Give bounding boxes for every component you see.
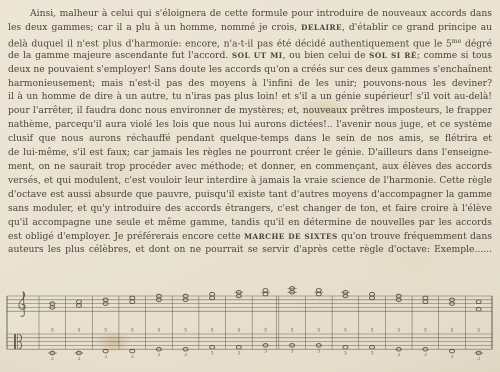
text-segment-sc: DELAIRE xyxy=(301,23,342,32)
figured-bass-below: 3 xyxy=(344,351,347,356)
text-segment: pour l'arrêter, il faudra donc nous envi… xyxy=(8,105,492,118)
text-line-13: versés, et qui modulent, c'est vouloir l… xyxy=(8,174,492,188)
text-segment: Ainsi, malheur à celui qui s'éloignera d… xyxy=(30,8,492,19)
chord-notehead xyxy=(210,292,215,296)
text-segment: les deux gammes; car il a plu à un homme… xyxy=(8,22,301,33)
text-line-17: est obligé d'employer. Je préférerais en… xyxy=(8,230,492,244)
figured-bass-above: 5 xyxy=(317,328,320,333)
bass-notehead xyxy=(236,346,241,350)
figured-bass-below: 3 xyxy=(78,357,81,362)
text-line-4: de la gamme majeure ascendante fut l'acc… xyxy=(8,49,492,63)
chord-notehead xyxy=(423,300,428,304)
paragraph: Ainsi, malheur à celui qui s'éloignera d… xyxy=(8,7,492,257)
text-line-1: Ainsi, malheur à celui qui s'éloignera d… xyxy=(8,7,492,21)
chord-notehead xyxy=(476,300,481,304)
text-segment: qu'il accompagne une seule et même gamme… xyxy=(8,217,492,230)
figured-bass-below: 3 xyxy=(397,353,400,358)
text-line-15: sans moduler, et qu'y introduire des acc… xyxy=(8,202,492,216)
text-segment: ment, on ne saurait trop procéder avec m… xyxy=(8,161,492,174)
figured-bass-above: 5 xyxy=(344,328,347,333)
figured-bass-above: 5 xyxy=(184,328,187,333)
chord-notehead xyxy=(210,296,215,300)
text-line-11: de lui-même, s'il est faux; car jamais l… xyxy=(8,146,492,160)
text-segment: est obligé d'employer. Je préférerais en… xyxy=(8,231,244,242)
figured-bass-above: 5 xyxy=(371,328,374,333)
text-segment: sans moduler, et qu'y introduire des acc… xyxy=(8,203,492,214)
text-segment: deux ne pouvaient s'employer! Sans doute… xyxy=(8,64,492,75)
text-line-14: d'octave est aussi absurde que pauvre, p… xyxy=(8,188,492,202)
text-segment: , d'établir ce grand principe au xyxy=(342,22,492,33)
figured-bass-above: 5 xyxy=(78,328,81,333)
text-line-7: il à un homme de dire à un autre, tu n'i… xyxy=(8,90,492,104)
text-line-5: deux ne pouvaient s'employer! Sans doute… xyxy=(8,63,492,77)
chord-notehead xyxy=(316,292,321,296)
bass-notehead xyxy=(370,346,375,350)
figured-bass-below: 3 xyxy=(158,353,161,358)
chord-notehead xyxy=(476,308,481,312)
bass-notehead xyxy=(450,349,455,353)
chord-notehead xyxy=(76,300,81,304)
text-line-3: delà duquel il n'est plus d'harmonie: en… xyxy=(8,35,492,49)
chord-notehead xyxy=(263,292,268,296)
chord-notehead xyxy=(130,300,135,304)
text-segment: harmonieusement; mais n'est-il pas des m… xyxy=(8,78,492,91)
bass-notehead xyxy=(210,346,215,350)
text-line-6: harmonieusement; mais n'est-il pas des m… xyxy=(8,77,492,91)
figured-bass-above: 5 xyxy=(477,328,480,333)
figured-bass-above: 5 xyxy=(211,328,214,333)
text-segment: de lui-même, s'il est faux; car jamais l… xyxy=(8,147,492,158)
figured-bass-below: 3 xyxy=(317,349,320,354)
text-segment: il à un homme de dire à un autre, tu n'i… xyxy=(8,91,492,102)
chord-notehead xyxy=(423,296,428,300)
figured-bass-below: 3 xyxy=(211,351,214,356)
text-segment: clusif que nous aurons réchauffé pendant… xyxy=(8,133,492,146)
bass-notehead xyxy=(103,349,108,353)
text-segment: versés, et qui modulent, c'est vouloir l… xyxy=(8,175,492,186)
figured-bass-below: 3 xyxy=(371,351,374,356)
figured-bass-above: 5 xyxy=(158,328,161,333)
figured-bass-below: 3 xyxy=(237,351,240,356)
chord-notehead xyxy=(370,296,375,300)
chord-notehead xyxy=(316,289,321,293)
text-segment-sc: MARCHE DE SIXTES xyxy=(244,232,338,241)
figured-bass-above: 5 xyxy=(237,328,240,333)
figured-bass-below: 3 xyxy=(104,355,107,360)
text-line-2: les deux gammes; car il a plu à un homme… xyxy=(8,21,492,35)
text-line-9: nathème, parcequ'il aura violé les lois … xyxy=(8,118,492,132)
chord-notehead xyxy=(370,292,375,296)
text-segment: de la gamme majeure ascendante fut l'acc… xyxy=(8,50,232,61)
figured-bass-above: 5 xyxy=(51,328,54,333)
figured-bass-above: 5 xyxy=(131,328,134,333)
chord-notehead xyxy=(76,304,81,308)
text-segment: delà duquel il n'est plus d'harmonie: en… xyxy=(8,38,452,48)
figured-bass-below: 3 xyxy=(131,355,134,360)
text-line-18: auteurs les plus célèbres, et dont on ne… xyxy=(8,243,492,257)
text-line-10: clusif que nous aurons réchauffé pendant… xyxy=(8,132,492,146)
figured-bass-below: 3 xyxy=(424,353,427,358)
text-line-8: pour l'arrêter, il faudra donc nous envi… xyxy=(8,104,492,118)
text-segment-sup: me xyxy=(452,38,462,45)
bass-notehead xyxy=(130,349,135,353)
figured-bass-below: 3 xyxy=(184,353,187,358)
figured-bass-below: 3 xyxy=(291,349,294,354)
text-segment: , ou bien celui de xyxy=(283,50,370,61)
book-page: Ainsi, malheur à celui qui s'éloignera d… xyxy=(0,0,500,372)
figured-bass-below: 3 xyxy=(477,357,480,362)
text-line-12: ment, on ne saurait trop procéder avec m… xyxy=(8,160,492,174)
figured-bass-below: 3 xyxy=(451,355,454,360)
figured-bass-above: 5 xyxy=(104,328,107,333)
figured-bass-above: 5 xyxy=(424,328,427,333)
music-example-staves: 5353535353535353535353535353535353 xyxy=(5,286,495,368)
text-segment: nathème, parcequ'il aura violé les lois … xyxy=(8,119,492,132)
text-segment: dégré xyxy=(461,38,492,48)
text-segment-sc: SOL UT MI xyxy=(232,51,283,60)
chord-notehead xyxy=(130,296,135,300)
figured-bass-below: 3 xyxy=(51,357,54,362)
text-segment-sc: SOL SI RÉ xyxy=(369,51,417,60)
alto-clef-icon xyxy=(14,334,16,349)
figured-bass-above: 5 xyxy=(397,328,400,333)
text-segment: d'octave est aussi absurde que pauvre, p… xyxy=(8,189,492,200)
figured-bass-below: 3 xyxy=(264,349,267,354)
chord-notehead xyxy=(263,289,268,293)
figured-bass-above: 5 xyxy=(264,328,267,333)
figured-bass-above: 5 xyxy=(451,328,454,333)
text-line-16: qu'il accompagne une seule et même gamme… xyxy=(8,216,492,230)
figured-bass-above: 5 xyxy=(291,328,294,333)
bass-notehead xyxy=(343,346,348,350)
text-segment: auteurs les plus célèbres, et dont on ne… xyxy=(8,244,492,255)
